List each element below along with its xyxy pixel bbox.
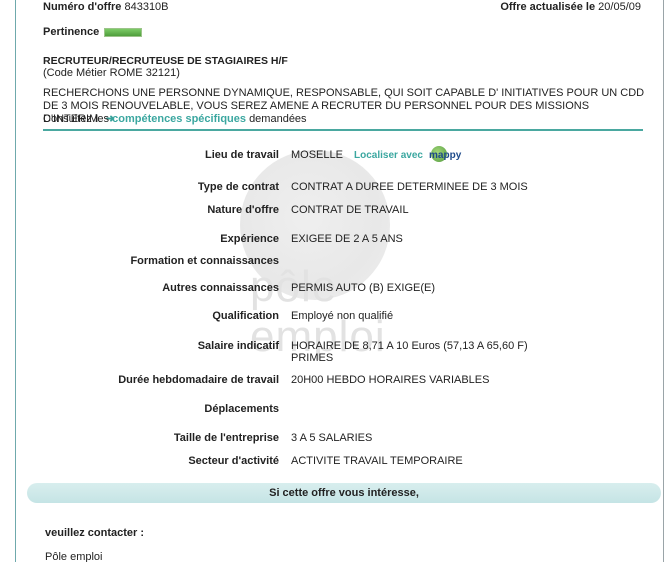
pertinence-label: Pertinence — [43, 26, 99, 38]
rome-code: (Code Métier ROME 32121) — [43, 67, 180, 79]
duree-value: 20H00 HEBDO HORAIRES VARIABLES — [291, 374, 489, 386]
taille-value: 3 A 5 SALARIES — [291, 432, 372, 444]
lieu-label: Lieu de travail — [205, 149, 279, 161]
pertinence-bar-fill — [105, 29, 141, 36]
offer-number-label: Numéro d'offre — [43, 1, 121, 13]
pertinence-bar — [104, 28, 142, 37]
experience-value: EXIGEE DE 2 A 5 ANS — [291, 233, 403, 245]
duree-label: Durée hebdomadaire de travail — [118, 374, 279, 386]
deplacements-label: Déplacements — [204, 403, 279, 415]
qualification-label: Qualification — [212, 310, 279, 322]
competences-link[interactable]: compétences spécifiques — [112, 113, 246, 125]
consult-line: Consultez les compétences spécifiques de… — [43, 113, 307, 125]
type-contrat-value: CONTRAT A DUREE DETERMINEE DE 3 MOIS — [291, 181, 528, 193]
secteur-label: Secteur d'activité — [188, 455, 279, 467]
offer-updated-date: 20/05/09 — [598, 1, 641, 13]
experience-label: Expérience — [220, 233, 279, 245]
consult-suffix: demandées — [249, 113, 307, 125]
autres-label: Autres connaissances — [162, 282, 279, 294]
secteur-value: ACTIVITE TRAVAIL TEMPORAIRE — [291, 455, 463, 467]
contact-name: Pôle emploi — [45, 551, 102, 562]
salaire-value-line1: HORAIRE DE 8,71 A 10 Euros (57,13 A 65,6… — [291, 340, 528, 352]
pertinence: Pertinence — [43, 26, 142, 38]
qualification-value: Employé non qualifié — [291, 310, 393, 322]
formation-label: Formation et connaissances — [130, 255, 279, 267]
consult-prefix: Consultez les — [43, 113, 109, 125]
localiser-link[interactable]: Localiser avec — [354, 150, 423, 161]
nature-label: Nature d'offre — [207, 204, 279, 216]
lieu-value-group: MOSELLE Localiser avec mappy — [291, 149, 461, 162]
job-title: RECRUTEUR/RECRUTEUSE DE STAGIAIRES H/F — [43, 55, 288, 67]
nature-value: CONTRAT DE TRAVAIL — [291, 204, 409, 216]
autres-value: PERMIS AUTO (B) EXIGE(E) — [291, 282, 435, 294]
type-contrat-label: Type de contrat — [198, 181, 279, 193]
offer-updated-label: Offre actualisée le — [500, 1, 595, 13]
salaire-label: Salaire indicatif — [198, 340, 279, 352]
taille-label: Taille de l'entreprise — [174, 432, 279, 444]
offer-updated: Offre actualisée le 20/05/09 — [500, 1, 641, 13]
offer-number-value: 843310B — [124, 1, 168, 13]
mappy-logo[interactable]: mappy — [429, 150, 461, 162]
contact-label: veuillez contacter : — [45, 527, 144, 539]
interest-banner: Si cette offre vous intéresse, — [27, 483, 661, 503]
salaire-value: HORAIRE DE 8,71 A 10 Euros (57,13 A 65,6… — [291, 340, 528, 364]
lieu-value: MOSELLE — [291, 149, 343, 161]
offer-number: Numéro d'offre 843310B — [43, 1, 169, 13]
section-separator — [43, 129, 643, 131]
salaire-value-line2: PRIMES — [291, 352, 333, 364]
offer-frame — [15, 0, 664, 562]
